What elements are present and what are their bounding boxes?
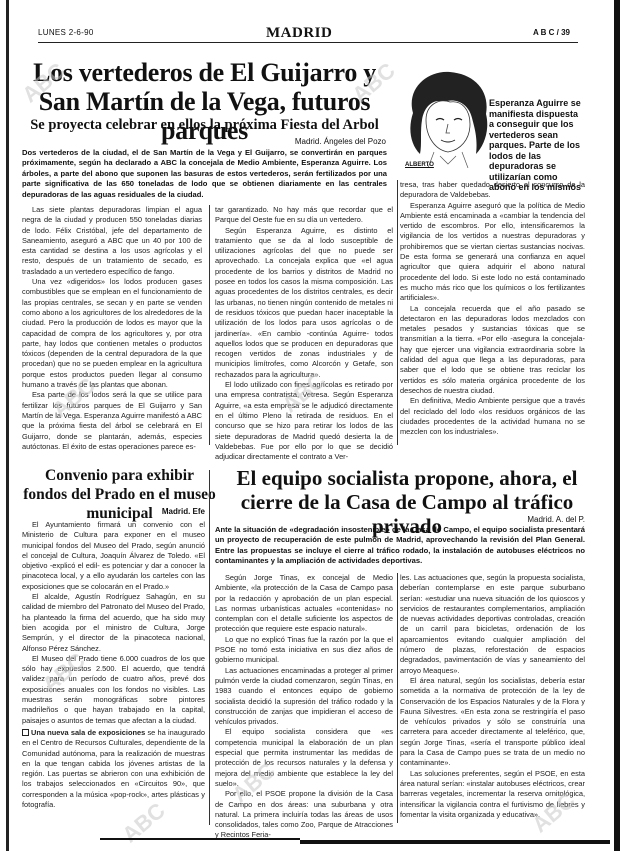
column-divider: [209, 205, 210, 445]
paragraph: El Ayuntamiento firmará un convenio con …: [22, 520, 205, 592]
article3-column-2: les. Las actuaciones que, según la propu…: [400, 573, 585, 820]
article1-byline: Madrid. Ángeles del Pozo: [200, 137, 386, 146]
news-brief: Una nueva sala de exposiciones se ha ina…: [22, 728, 205, 810]
paragraph: La concejala recuerda que el año pasado …: [400, 304, 585, 397]
paragraph: tresa, tras haber quedado desierto el co…: [400, 180, 585, 201]
article1-subheadline: Se proyecta celebrar en ellos la próxima…: [22, 117, 387, 134]
paragraph: tar garantizado. No hay más que recordar…: [215, 205, 393, 226]
paragraph: Las siete plantas depuradoras limpian el…: [22, 205, 202, 277]
paragraph: Lo que no explicó Tinas fue la razón por…: [215, 635, 393, 666]
column-divider: [397, 573, 398, 823]
brief-paragraph: Una nueva sala de exposiciones se ha ina…: [22, 728, 205, 810]
article2-body: El Ayuntamiento firmará un convenio con …: [22, 520, 205, 726]
paragraph: Una vez «digeridos» los lodos producen g…: [22, 277, 202, 390]
paragraph: Esa parte de los lodos será la que se ut…: [22, 390, 202, 452]
paragraph: Según Jorge Tinas, ex concejal de Medio …: [215, 573, 393, 635]
paragraph: El alcalde, Agustín Rodríguez Sahagún, e…: [22, 592, 205, 654]
article3-column-1: Según Jorge Tinas, ex concejal de Medio …: [215, 573, 393, 841]
article1-column-1: Las siete plantas depuradoras limpian el…: [22, 205, 202, 452]
bullet-square-icon: [22, 729, 29, 736]
paragraph: Según Esperanza Aguirre, es distinto el …: [215, 226, 393, 380]
column-divider: [209, 470, 210, 825]
brief-lead: Una nueva sala de exposiciones: [31, 728, 145, 737]
page-edge-rule: [6, 0, 9, 851]
article3-byline: Madrid. A. del P.: [450, 515, 585, 524]
page-edge-rule-right: [614, 0, 620, 851]
portrait-illustration: [398, 68, 498, 168]
paragraph: Las actuaciones encaminadas a proteger a…: [215, 666, 393, 728]
page-number: A B C / 39: [533, 28, 570, 37]
article2-byline: Madrid. Efe: [120, 507, 205, 516]
page-header: LUNES 2-6-90 MADRID A B C / 39: [38, 25, 578, 43]
paragraph: En definitiva, Medio Ambiente persigue q…: [400, 396, 585, 437]
article1-column-3: tresa, tras haber quedado desierto el co…: [400, 180, 585, 437]
article1-lead: Dos vertederos de la ciudad, el de San M…: [22, 148, 387, 200]
paragraph: El equipo socialista considera que «es c…: [215, 727, 393, 789]
article3-lead: Ante la situación de «degradación insost…: [215, 525, 585, 567]
issue-date: LUNES 2-6-90: [38, 28, 94, 37]
section-title: MADRID: [266, 25, 332, 42]
paragraph: El lodo utilizado con fines agrícolas es…: [215, 380, 393, 462]
illustration-credit: ALBERTO: [405, 162, 434, 168]
paragraph: El Museo del Prado tiene 6.000 cuadros d…: [22, 654, 205, 726]
article1-column-2: tar garantizado. No hay más que recordar…: [215, 205, 393, 462]
paragraph: Por ello, el PSOE propone la división de…: [215, 789, 393, 840]
footer-rule-thick: [300, 840, 610, 844]
paragraph: El área natural, según los socialistas, …: [400, 676, 585, 769]
portrait-icon: [398, 68, 498, 168]
paragraph: les. Las actuaciones que, según la propu…: [400, 573, 585, 676]
photo-caption: Esperanza Aguirre se manifiesta dispuest…: [489, 98, 584, 193]
paragraph: Esperanza Aguirre aseguró que la polític…: [400, 201, 585, 304]
brief-text: se ha inaugurado en el Centro de Recurso…: [22, 728, 205, 809]
paragraph: Las soluciones preferentes, según el PSO…: [400, 769, 585, 820]
footer-rule: [100, 838, 300, 840]
column-divider: [397, 180, 398, 445]
